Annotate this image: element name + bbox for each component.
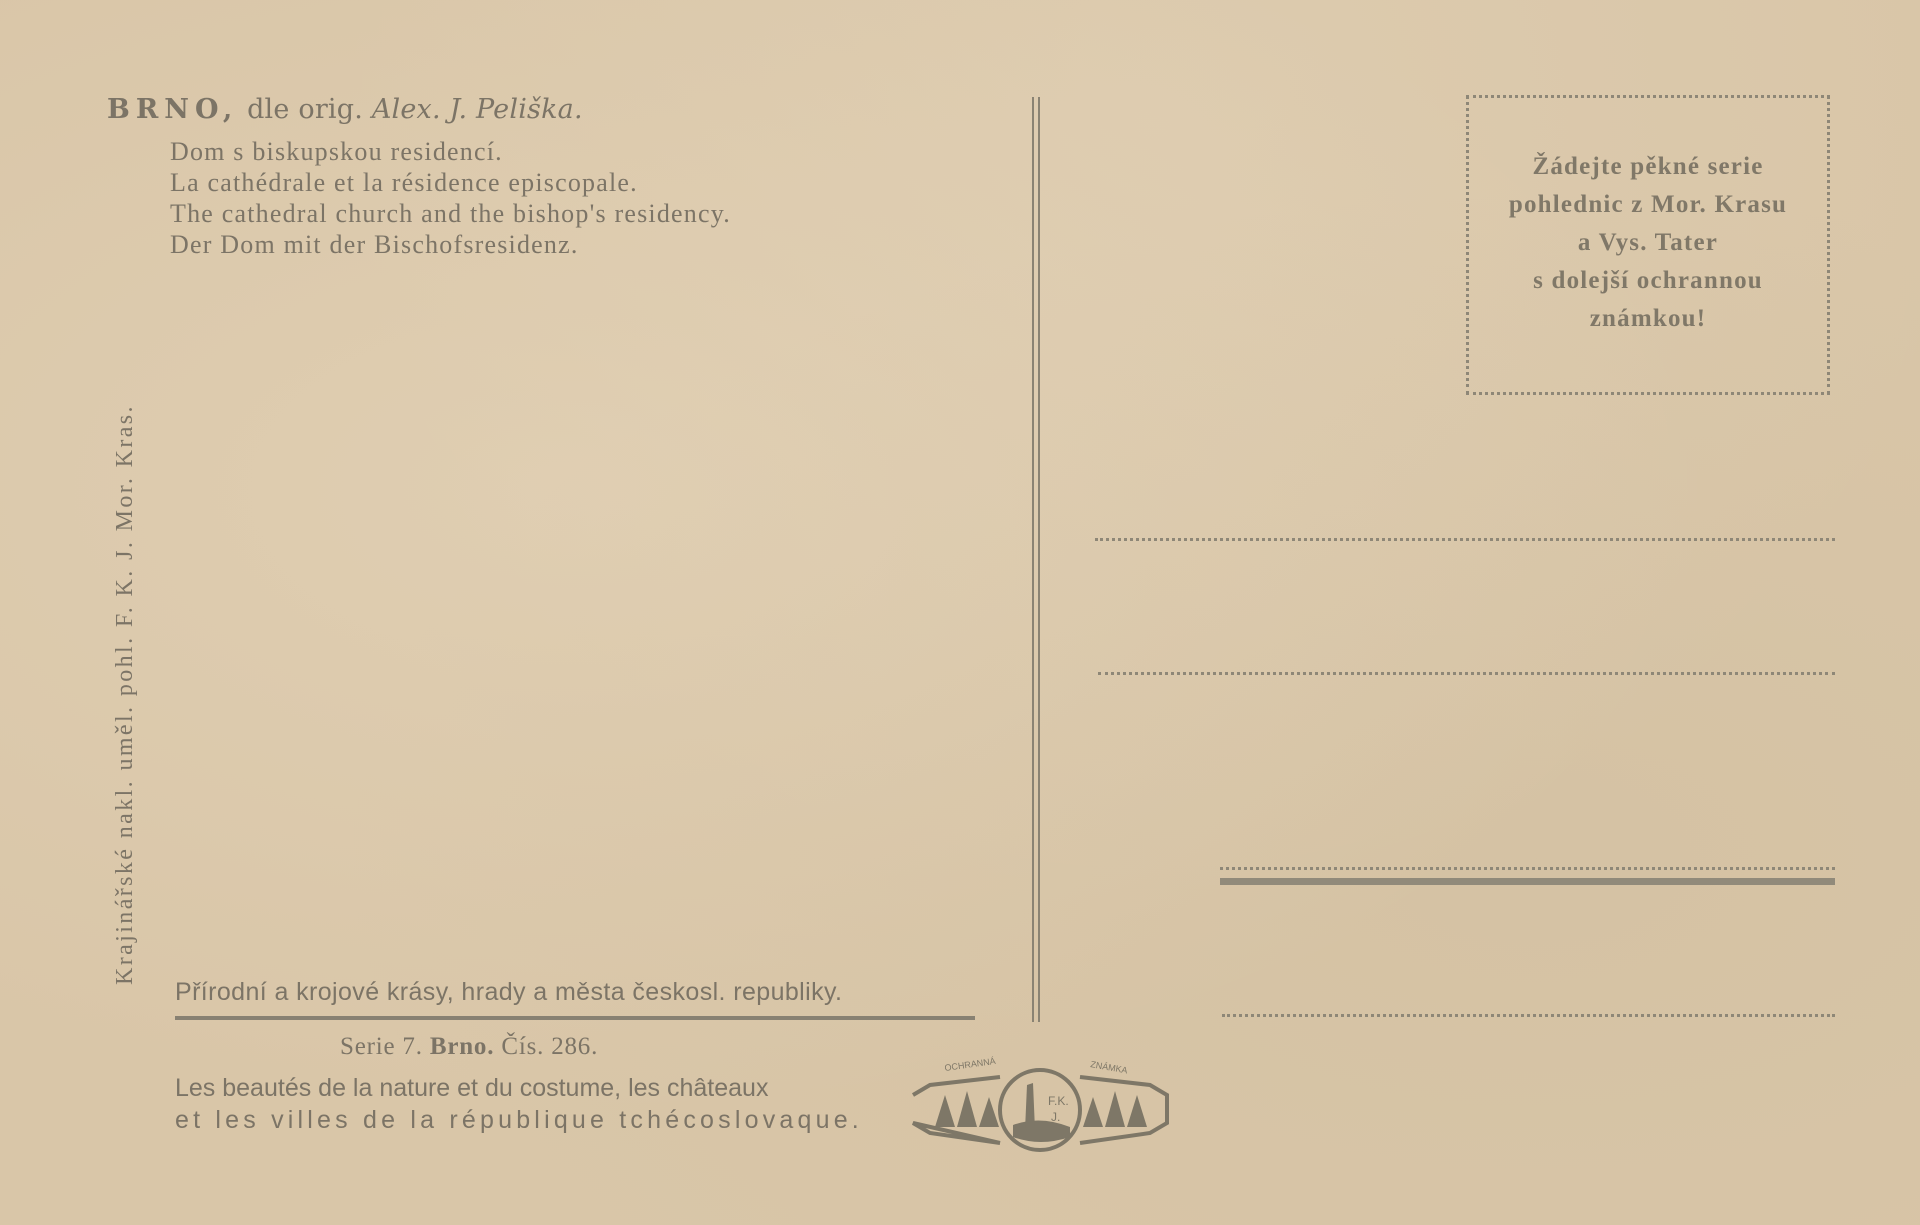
caption-french: La cathédrale et la résidence episcopale… bbox=[170, 167, 731, 198]
series-number: Serie 7. Brno. Čís. 286. bbox=[340, 1033, 598, 1061]
stamp-line-1: Žádejte pěkné serie bbox=[1466, 148, 1830, 186]
emblem-monogram-1: F.K. bbox=[1048, 1094, 1069, 1108]
address-line-4 bbox=[1222, 1014, 1835, 1017]
center-divider bbox=[1032, 97, 1040, 1022]
address-line-3 bbox=[1220, 867, 1835, 870]
address-underline-bar bbox=[1220, 878, 1835, 885]
emblem-monogram-2: J. bbox=[1051, 1110, 1060, 1124]
address-line-2 bbox=[1098, 672, 1835, 675]
address-line-1 bbox=[1095, 538, 1835, 541]
publisher-vertical-text: Krajinářské nakl. uměl. pohl. F. K. J. M… bbox=[112, 265, 139, 985]
card-title: BRNO, dle orig. Alex. J. Peliška. bbox=[107, 94, 583, 125]
series-prefix: Serie 7. bbox=[340, 1033, 423, 1060]
emblem-top-right-text: ZNÁMKA bbox=[1090, 1059, 1129, 1075]
caption-czech: Dom s biskupskou residencí. bbox=[170, 136, 731, 167]
stamp-line-2: pohlednic z Mor. Krasu bbox=[1466, 186, 1830, 224]
stamp-line-4: s dolejší ochrannou bbox=[1466, 262, 1830, 300]
credit-prefix: dle orig. bbox=[247, 94, 363, 125]
emblem-top-left-text: OCHRANNÁ bbox=[944, 1056, 996, 1073]
series-french-line-2: et les villes de la république tchécoslo… bbox=[175, 1104, 863, 1136]
stamp-line-3: a Vys. Tater bbox=[1466, 224, 1830, 262]
series-title-czech: Přírodní a krojové krásy, hrady a města … bbox=[175, 978, 975, 1007]
city-name: BRNO, bbox=[107, 94, 238, 125]
series-card-number: Čís. 286. bbox=[501, 1033, 598, 1060]
caption-block: Dom s biskupskou residencí. La cathédral… bbox=[170, 136, 731, 260]
caption-english: The cathedral church and the bishop's re… bbox=[170, 198, 731, 229]
stamp-line-5: známkou! bbox=[1466, 300, 1830, 338]
series-underline bbox=[175, 1016, 975, 1020]
caption-german: Der Dom mit der Bischofsresidenz. bbox=[170, 229, 731, 260]
series-title-french: Les beautés de la nature et du costume, … bbox=[175, 1072, 863, 1136]
series-french-line-1: Les beautés de la nature et du costume, … bbox=[175, 1072, 863, 1104]
artist-name: Alex. J. Peliška. bbox=[372, 94, 583, 125]
trademark-emblem-icon: F.K. J. OCHRANNÁ ZNÁMKA bbox=[905, 1055, 1175, 1155]
series-city: Brno. bbox=[430, 1033, 494, 1060]
stamp-box-text: Žádejte pěkné serie pohlednic z Mor. Kra… bbox=[1466, 148, 1830, 338]
